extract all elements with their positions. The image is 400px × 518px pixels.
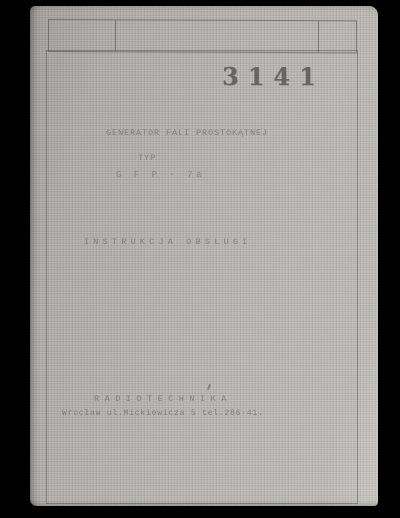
header-cell-middle — [116, 20, 319, 52]
manufacturer-address: Wrocław ul.Mickiewicza 5 tel.286-41. — [62, 409, 264, 418]
section-title: INSTRUKCJA OBSŁUGI — [84, 237, 251, 247]
header-cell-left — [49, 20, 116, 51]
header-cell-right — [319, 21, 356, 52]
archive-number-stamp: 3141 — [222, 62, 325, 91]
document-title: GENERATOR FALI PROSTOKĄTNEJ — [106, 128, 268, 138]
scanned-page: 3141 GENERATOR FALI PROSTOKĄTNEJ TYP G F… — [30, 6, 378, 506]
page-border-frame — [46, 50, 358, 504]
header-table — [48, 19, 357, 53]
type-label: TYP — [138, 153, 156, 163]
type-value: G F P - 7a — [116, 170, 205, 180]
manufacturer-name: RADIOTECHNIKA — [94, 394, 232, 404]
